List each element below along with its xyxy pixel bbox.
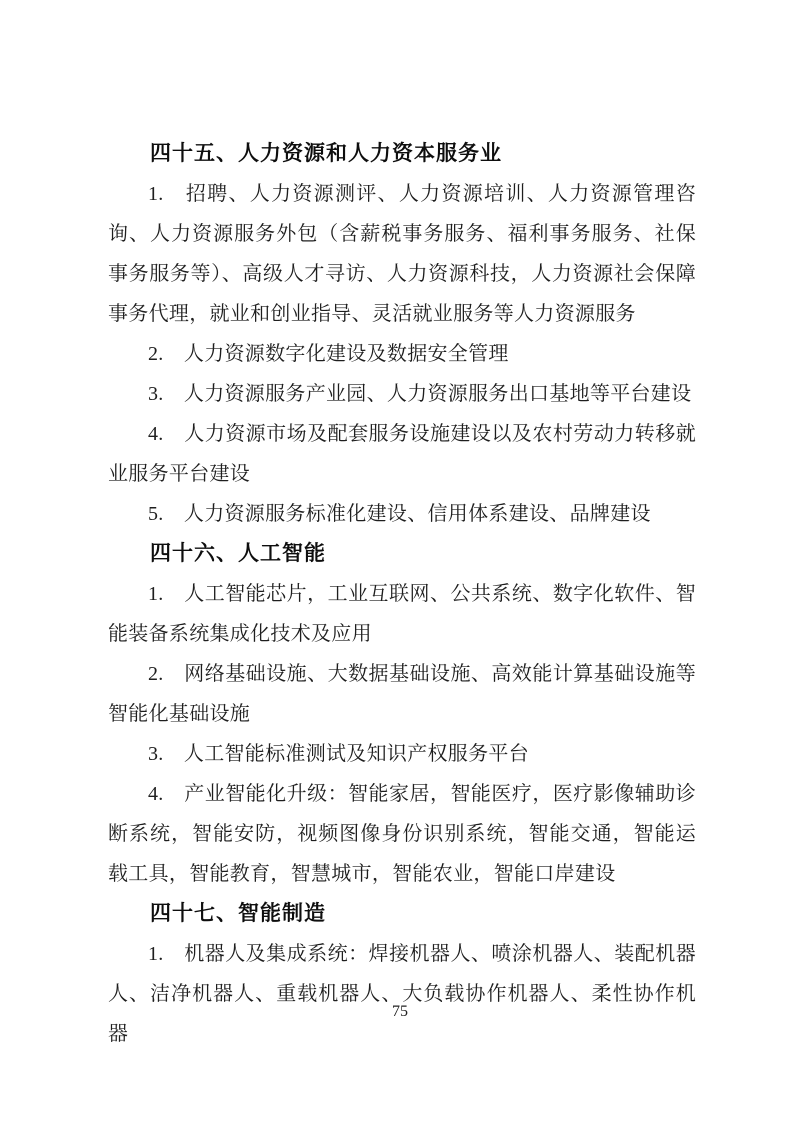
document-page: 四十五、人力资源和人力资本服务业 1. 招聘、人力资源测评、人力资源培训、人力资… [0,0,800,1131]
section-45-heading: 四十五、人力资源和人力资本服务业 [108,134,696,174]
section-47-item-1: 1. 机器人及集成系统：焊接机器人、喷涂机器人、装配机器人、洁净机器人、重载机器… [108,934,696,1054]
section-46-item-2: 2. 网络基础设施、大数据基础设施、高效能计算基础设施等智能化基础设施 [108,654,696,734]
section-45-item-3: 3. 人力资源服务产业园、人力资源服务出口基地等平台建设 [108,374,696,414]
section-45-item-5: 5. 人力资源服务标准化建设、信用体系建设、品牌建设 [108,494,696,534]
document-content: 四十五、人力资源和人力资本服务业 1. 招聘、人力资源测评、人力资源培训、人力资… [108,134,696,1054]
section-46-item-1: 1. 人工智能芯片，工业互联网、公共系统、数字化软件、智能装备系统集成化技术及应… [108,574,696,654]
page-number: 75 [0,1002,800,1022]
section-46-heading: 四十六、人工智能 [108,534,696,574]
section-45-item-1: 1. 招聘、人力资源测评、人力资源培训、人力资源管理咨询、人力资源服务外包（含薪… [108,174,696,334]
section-45-item-2: 2. 人力资源数字化建设及数据安全管理 [108,334,696,374]
section-46-item-3: 3. 人工智能标准测试及知识产权服务平台 [108,734,696,774]
section-46-item-4: 4. 产业智能化升级：智能家居，智能医疗，医疗影像辅助诊断系统，智能安防，视频图… [108,774,696,894]
section-45-item-4: 4. 人力资源市场及配套服务设施建设以及农村劳动力转移就业服务平台建设 [108,414,696,494]
section-47-heading: 四十七、智能制造 [108,894,696,934]
